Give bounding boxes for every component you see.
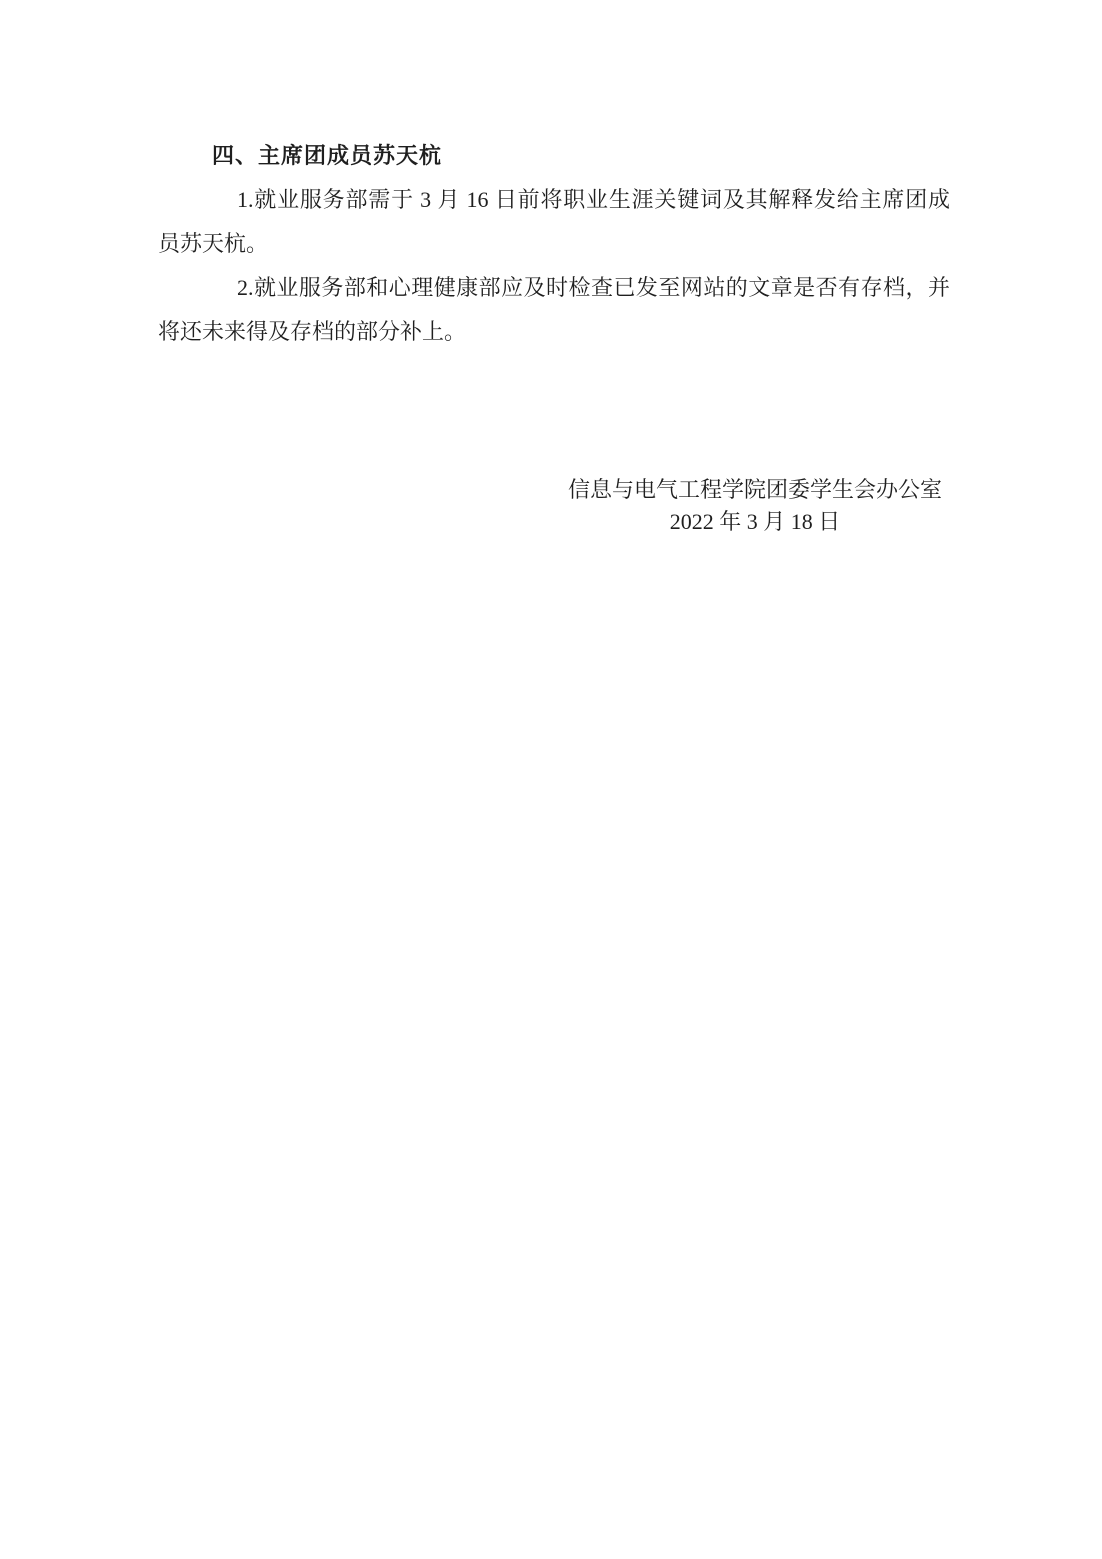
paragraph-line: 1.就业服务部需于 3 月 16 日前将职业生涯关键词及其解释发给主席团成	[158, 178, 950, 222]
paragraph: 1.就业服务部需于 3 月 16 日前将职业生涯关键词及其解释发给主席团成 员苏…	[158, 178, 950, 266]
signature-organization: 信息与电气工程学院团委学生会办公室	[568, 474, 942, 506]
signature-block: 信息与电气工程学院团委学生会办公室 2022 年 3 月 18 日	[568, 474, 942, 538]
paragraph-line: 2.就业服务部和心理健康部应及时检查已发至网站的文章是否有存档，并	[158, 266, 950, 310]
section-heading: 四、主席团成员苏天杭	[158, 134, 950, 178]
paragraph-line: 员苏天杭。	[158, 222, 950, 266]
paragraph: 2.就业服务部和心理健康部应及时检查已发至网站的文章是否有存档，并 将还未来得及…	[158, 266, 950, 354]
signature-date: 2022 年 3 月 18 日	[568, 506, 942, 538]
document-page: 四、主席团成员苏天杭 1.就业服务部需于 3 月 16 日前将职业生涯关键词及其…	[0, 0, 1102, 1559]
document-body: 四、主席团成员苏天杭 1.就业服务部需于 3 月 16 日前将职业生涯关键词及其…	[158, 134, 950, 354]
paragraph-line: 将还未来得及存档的部分补上。	[158, 310, 950, 354]
